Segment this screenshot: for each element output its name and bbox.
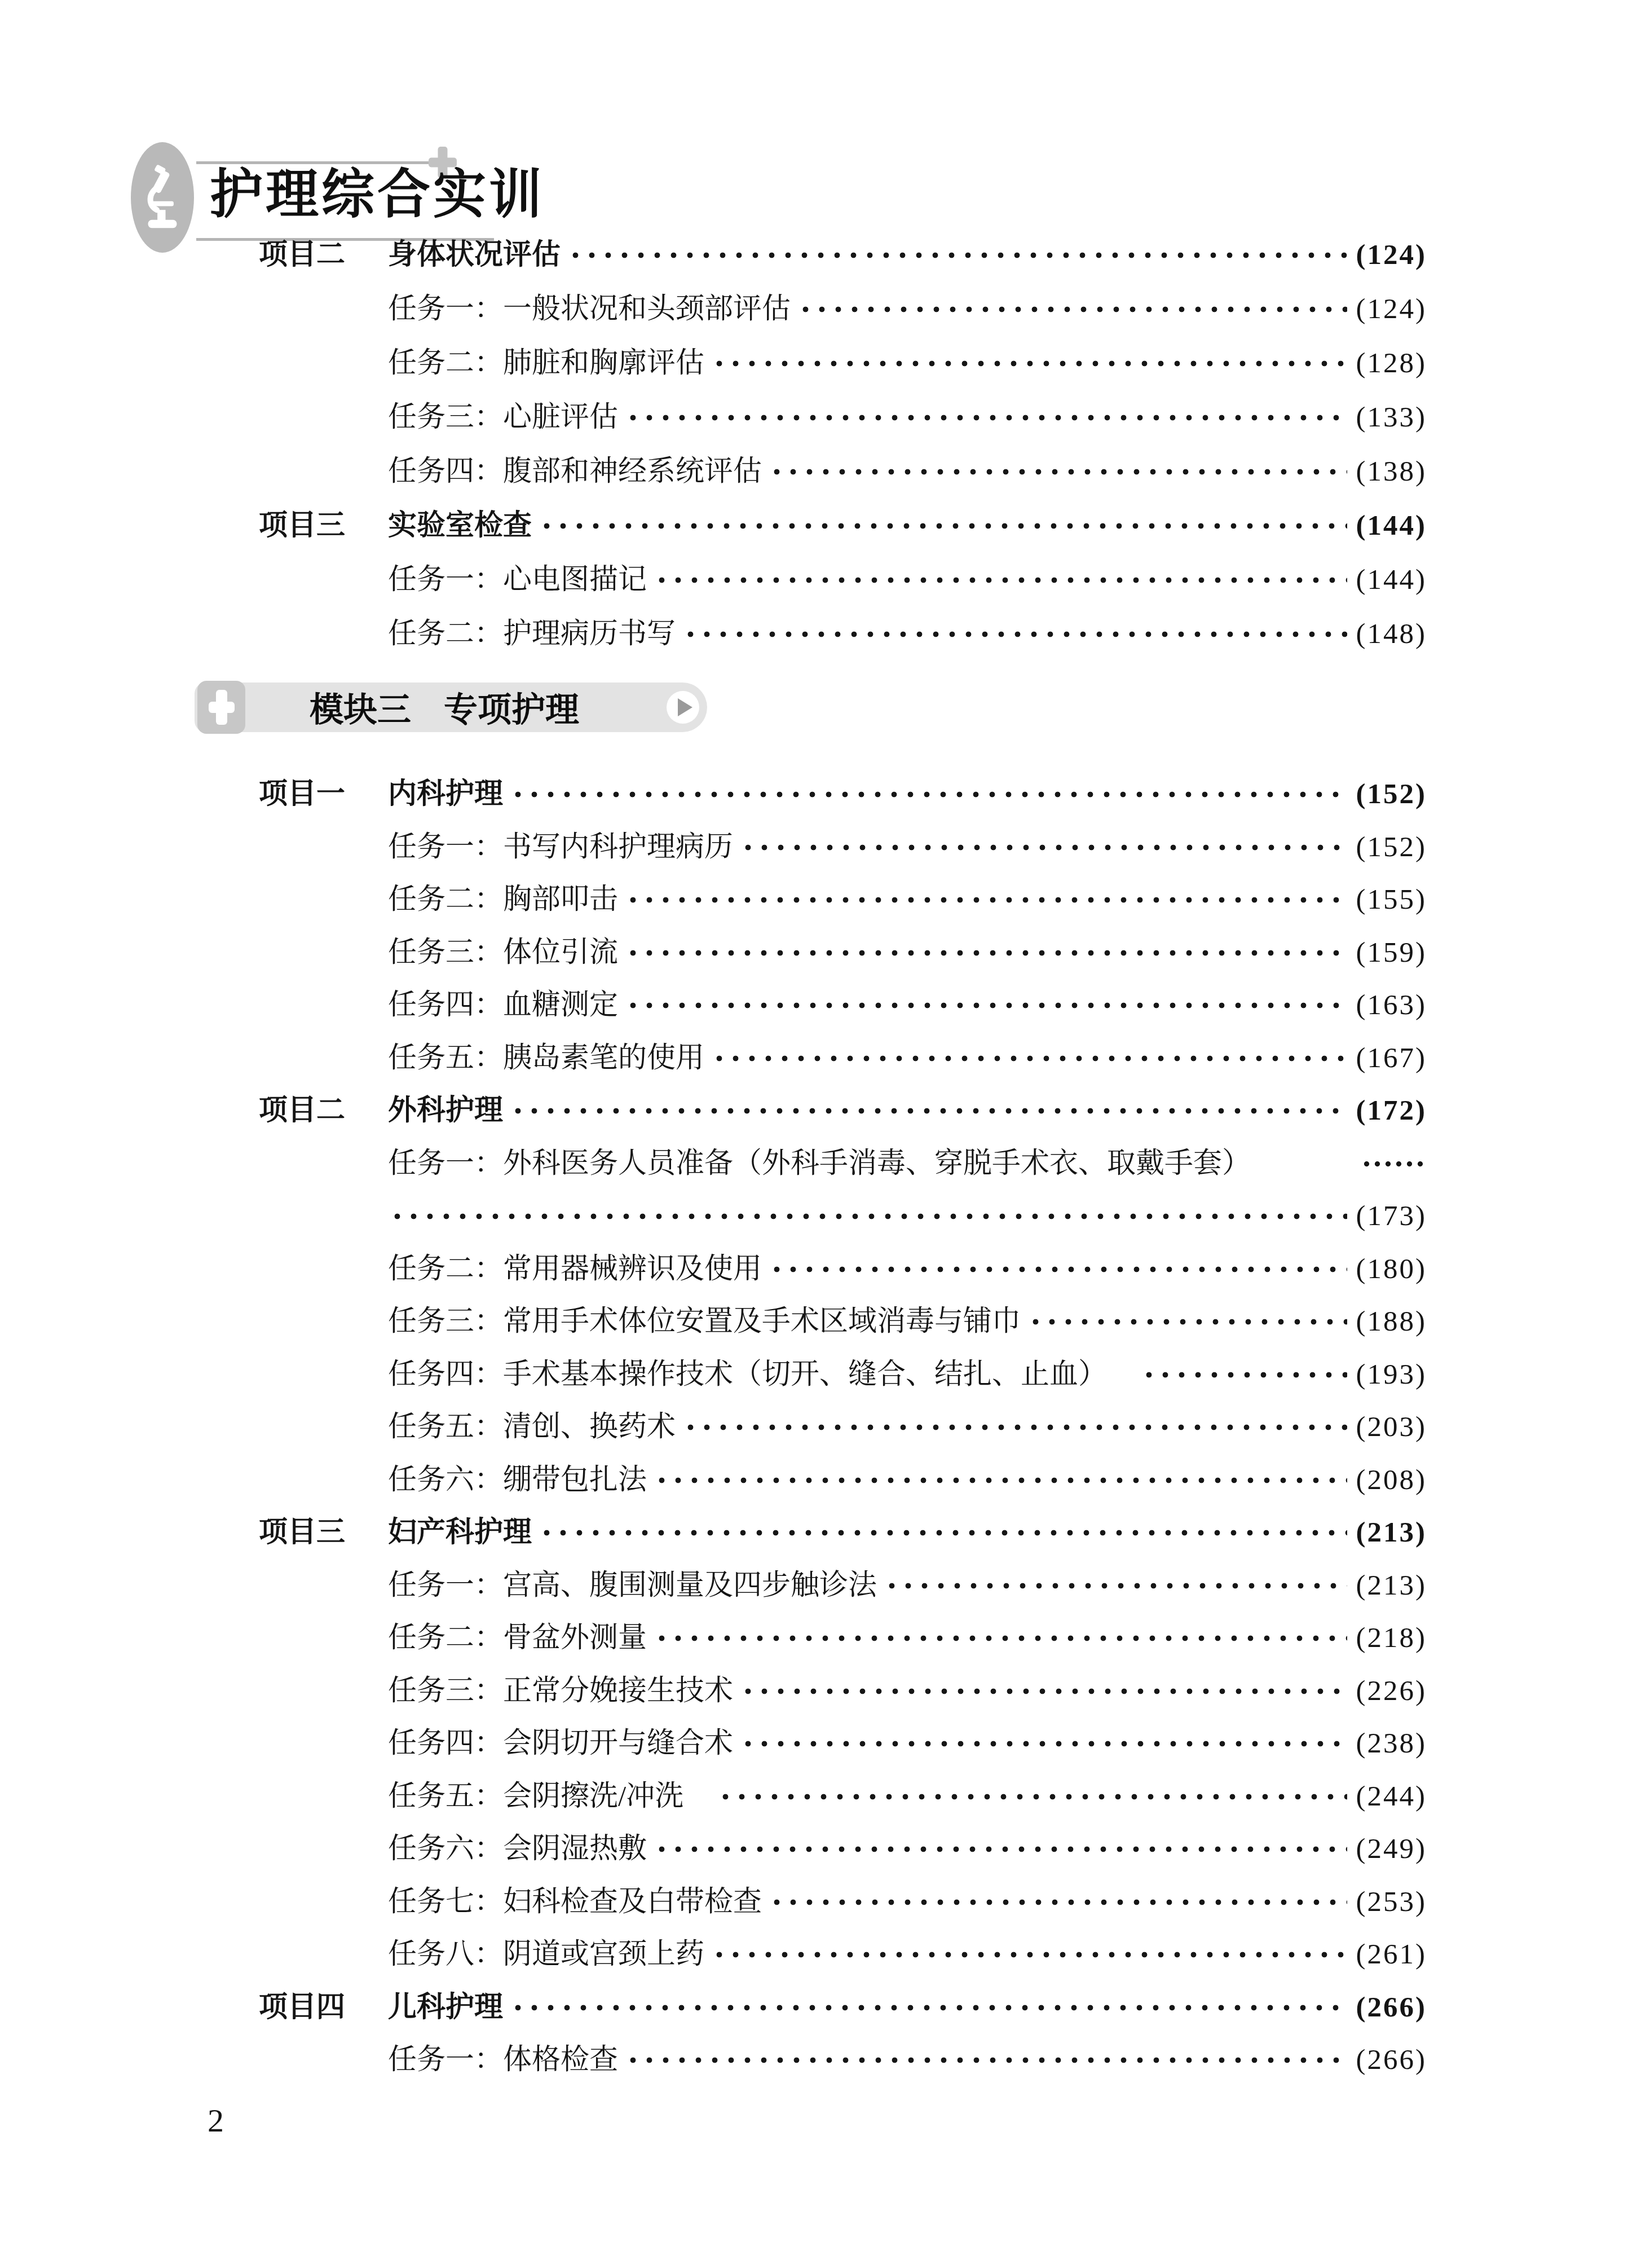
page-number: (173) — [1356, 1202, 1427, 1231]
page-number-folio: 2 — [208, 2102, 224, 2139]
toc-row: 任务四：血糖测定(163) — [0, 979, 1628, 1032]
toc-entry-title: 任务三：常用手术体位安置及手术区域消毒与铺巾 — [388, 1307, 1021, 1336]
toc-row: 任务四：手术基本操作技术（切开、缝合、结扎、止血）(193) — [0, 1349, 1628, 1402]
project-label: 项目三 — [259, 1518, 388, 1547]
toc-row: 任务三：正常分娩接生技术(226) — [0, 1665, 1628, 1718]
project-label: 项目二 — [259, 241, 388, 270]
dot-trail — [1360, 1138, 1427, 1191]
toc-row: 任务六：绷带包扎法(208) — [0, 1454, 1628, 1507]
toc-entry-title: 任务一：一般状况和头颈部评估 — [388, 295, 791, 324]
toc-entry-title: 任务五：清创、换药术 — [388, 1413, 676, 1442]
header-rule-top — [196, 161, 433, 164]
dot-leader — [1026, 1296, 1347, 1349]
page-number: (238) — [1356, 1729, 1427, 1758]
book-title: 护理综合实训 — [210, 168, 545, 221]
toc-row: 任务二：肺脏和胸廓评估(128) — [0, 336, 1628, 390]
page-number: (133) — [1356, 403, 1427, 432]
dot-leader — [624, 2034, 1347, 2087]
dot-leader — [739, 1665, 1347, 1718]
toc-entry-title: 任务四：手术基本操作技术（切开、缝合、结扎、止血） — [388, 1360, 1107, 1389]
dot-leader — [767, 1243, 1347, 1296]
dot-leader — [652, 1823, 1347, 1876]
page-number: (188) — [1356, 1307, 1427, 1336]
toc-entry-title: 内科护理 — [388, 780, 503, 809]
module-title: 专项护理 — [444, 683, 579, 732]
page-number: (213) — [1356, 1518, 1427, 1547]
toc-row: 任务三：心脏评估(133) — [0, 390, 1628, 444]
dot-leader — [537, 499, 1347, 553]
toc-row: 任务二：骨盆外测量(218) — [0, 1612, 1628, 1665]
page-number: (128) — [1356, 349, 1427, 378]
module-number: 模块三 — [310, 683, 411, 732]
page-number: (148) — [1356, 620, 1427, 649]
page-number: (163) — [1356, 991, 1427, 1020]
toc-row: 任务一：书写内科护理病历(152) — [0, 821, 1628, 874]
page-number: (266) — [1356, 1993, 1427, 2022]
toc-row: (173) — [0, 1190, 1628, 1243]
toc-row: 任务一：宫高、腹围测量及四步触诊法(213) — [0, 1560, 1628, 1613]
dot-leader — [509, 1981, 1347, 2034]
toc-entry-title: 任务二：常用器械辨识及使用 — [388, 1255, 762, 1284]
book-page: 护理综合实训 项目二身体状况评估(124)任务一：一般状况和头颈部评估(124)… — [0, 0, 1628, 2268]
toc-entry-title: 任务五：会阴擦洗/冲洗 — [388, 1782, 683, 1811]
dot-leader — [710, 336, 1347, 390]
toc-entry-title: 任务六：会阴湿热敷 — [388, 1835, 647, 1864]
toc-row: 任务一：体格检查(266) — [0, 2034, 1628, 2087]
toc-entry-title: 身体状况评估 — [388, 241, 561, 270]
toc-row: 任务四：腹部和神经系统评估(138) — [0, 444, 1628, 499]
dot-leader — [716, 1771, 1347, 1824]
page-number: (261) — [1356, 1940, 1427, 1969]
dot-leader — [624, 979, 1347, 1032]
toc-row: 项目三实验室检查(144) — [0, 499, 1628, 553]
toc-row: 项目二外科护理(172) — [0, 1085, 1628, 1138]
toc-entry-title: 任务二：骨盆外测量 — [388, 1624, 647, 1653]
page-number: (167) — [1356, 1044, 1427, 1073]
page-number: (159) — [1356, 939, 1427, 967]
toc-entry-title: 儿科护理 — [388, 1993, 503, 2022]
toc-entry-title: 任务八：阴道或宫颈上药 — [388, 1940, 704, 1969]
dot-leader — [681, 1401, 1347, 1454]
project-label: 项目三 — [259, 512, 388, 540]
dot-leader — [624, 927, 1347, 980]
toc-block-module3: 项目一内科护理(152)任务一：书写内科护理病历(152)任务二：胸部叩击(15… — [0, 768, 1628, 2087]
toc-entry-title: 妇产科护理 — [388, 1518, 532, 1547]
toc-entry-title: 任务四：会阴切开与缝合术 — [388, 1729, 733, 1758]
dot-leader — [710, 1928, 1347, 1981]
module-banner: 模块三 专项护理 — [195, 682, 707, 732]
toc-row: 任务七：妇科检查及白带检查(253) — [0, 1876, 1628, 1929]
dot-leader — [796, 282, 1347, 336]
toc-entry-title: 任务一：宫高、腹围测量及四步触诊法 — [388, 1571, 877, 1600]
dot-leader — [566, 228, 1347, 282]
page-number: (144) — [1356, 512, 1427, 540]
dot-leader — [767, 1876, 1347, 1929]
page-number: (152) — [1356, 833, 1427, 862]
page-number: (266) — [1356, 2046, 1427, 2075]
dot-leader — [767, 444, 1347, 499]
page-number: (124) — [1356, 295, 1427, 324]
dot-leader — [739, 1717, 1347, 1771]
toc-entry-title: 任务七：妇科检查及白带检查 — [388, 1888, 762, 1917]
toc-entry-title: 任务四：血糖测定 — [388, 991, 618, 1020]
toc-entry-title: 任务三：正常分娩接生技术 — [388, 1677, 733, 1706]
page-number: (253) — [1356, 1888, 1427, 1917]
project-label: 项目二 — [259, 1096, 388, 1125]
toc-row: 任务二：胸部叩击(155) — [0, 874, 1628, 927]
project-label: 项目一 — [259, 780, 388, 809]
page-number: (124) — [1356, 241, 1427, 270]
play-icon — [667, 691, 699, 724]
toc-row: 任务一：一般状况和头颈部评估(124) — [0, 282, 1628, 336]
dot-leader — [739, 821, 1347, 874]
dot-leader — [509, 768, 1347, 821]
toc-row: 任务三：体位引流(159) — [0, 927, 1628, 980]
toc-entry-title: 任务三：体位引流 — [388, 939, 618, 967]
page-number: (193) — [1356, 1360, 1427, 1389]
toc-entry-title: 任务三：心脏评估 — [388, 403, 618, 432]
toc-row: 任务三：常用手术体位安置及手术区域消毒与铺巾(188) — [0, 1296, 1628, 1349]
toc-row: 任务六：会阴湿热敷(249) — [0, 1823, 1628, 1876]
page-number: (226) — [1356, 1677, 1427, 1706]
toc-row: 项目二身体状况评估(124) — [0, 228, 1628, 282]
dot-leader — [883, 1560, 1347, 1613]
toc-entry-title: 任务六：绷带包扎法 — [388, 1466, 647, 1495]
toc-row: 任务一：外科医务人员准备（外科手消毒、穿脱手术衣、取戴手套） — [0, 1138, 1628, 1191]
toc-row: 任务二：护理病历书写(148) — [0, 607, 1628, 661]
page-number: (144) — [1356, 566, 1427, 594]
dot-leader — [710, 1032, 1347, 1085]
module-banner-title: 模块三 专项护理 — [310, 682, 579, 732]
toc-entry-title: 任务二：胸部叩击 — [388, 886, 618, 914]
toc-entry-title: 任务一：体格检查 — [388, 2046, 618, 2075]
page-number: (180) — [1356, 1255, 1427, 1284]
toc-entry-title: 外科护理 — [388, 1096, 503, 1125]
dot-leader — [652, 1612, 1347, 1665]
page-number: (138) — [1356, 457, 1427, 486]
toc-row: 任务五：胰岛素笔的使用(167) — [0, 1032, 1628, 1085]
toc-row: 任务八：阴道或宫颈上药(261) — [0, 1928, 1628, 1981]
toc-entry-title: 任务二：护理病历书写 — [388, 620, 676, 649]
cross-icon — [197, 681, 245, 734]
toc-row: 任务五：会阴擦洗/冲洗(244) — [0, 1771, 1628, 1824]
dot-leader — [537, 1507, 1347, 1560]
toc-row: 项目四儿科护理(266) — [0, 1981, 1628, 2034]
toc-row: 任务五：清创、换药术(203) — [0, 1401, 1628, 1454]
page-number: (244) — [1356, 1782, 1427, 1811]
page-number: (218) — [1356, 1624, 1427, 1653]
dot-leader — [1140, 1349, 1347, 1402]
dot-leader — [388, 1190, 1347, 1243]
page-number: (172) — [1356, 1096, 1427, 1125]
page-number: (213) — [1356, 1571, 1427, 1600]
page-number: (249) — [1356, 1835, 1427, 1864]
toc-entry-title: 实验室检查 — [388, 512, 532, 540]
dot-leader — [624, 390, 1347, 444]
dot-leader — [624, 874, 1347, 927]
dot-leader — [681, 607, 1347, 661]
toc-entry-title: 任务四：腹部和神经系统评估 — [388, 457, 762, 486]
toc-row: 任务二：常用器械辨识及使用(180) — [0, 1243, 1628, 1296]
toc-entry-title: 任务一：心电图描记 — [388, 566, 647, 594]
page-number: (203) — [1356, 1413, 1427, 1442]
page-number: (155) — [1356, 886, 1427, 914]
dot-leader — [652, 1454, 1347, 1507]
toc-entry-title: 任务五：胰岛素笔的使用 — [388, 1044, 704, 1073]
dot-leader — [509, 1085, 1347, 1138]
toc-row: 项目三妇产科护理(213) — [0, 1507, 1628, 1560]
page-number: (152) — [1356, 780, 1427, 809]
toc-entry-title: 任务二：肺脏和胸廓评估 — [388, 349, 704, 378]
toc-block-module2: 项目二身体状况评估(124)任务一：一般状况和头颈部评估(124)任务二：肺脏和… — [0, 228, 1628, 661]
toc-entry-title: 任务一：外科医务人员准备（外科手消毒、穿脱手术衣、取戴手套） — [388, 1150, 1251, 1178]
toc-row: 任务四：会阴切开与缝合术(238) — [0, 1717, 1628, 1771]
toc-row: 任务一：心电图描记(144) — [0, 553, 1628, 607]
toc-entry-title: 任务一：书写内科护理病历 — [388, 833, 733, 862]
dot-leader — [652, 553, 1347, 607]
page-number: (208) — [1356, 1466, 1427, 1495]
project-label: 项目四 — [259, 1993, 388, 2022]
toc-row: 项目一内科护理(152) — [0, 768, 1628, 821]
